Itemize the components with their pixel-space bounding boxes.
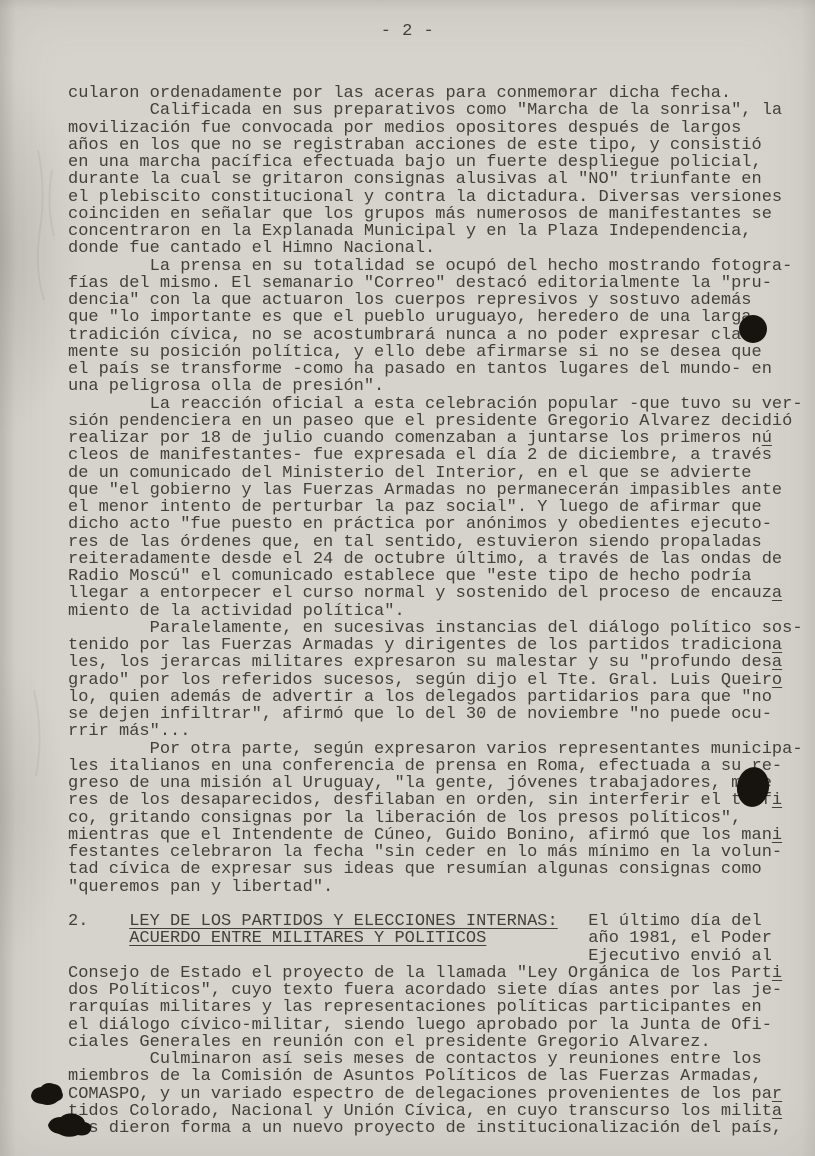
- text-line: sión pendenciera en un paseo que el pres…: [68, 413, 803, 430]
- text-line: movilización fue convocada por medios op…: [68, 120, 803, 137]
- text-line: mientras que el Intendente de Cúneo, Gui…: [68, 827, 803, 844]
- text-line: La prensa en su totalidad se ocupó del h…: [68, 258, 803, 275]
- text-line: 2. LEY DE LOS PARTIDOS Y ELECCIONES INTE…: [68, 913, 803, 930]
- text-line: co, gritando consignas por la liberación…: [68, 810, 803, 827]
- text-line: reiteradamente desde el 24 de octubre úl…: [68, 551, 803, 568]
- text-line: COMASPO, y un variado espectro de delega…: [68, 1086, 803, 1103]
- ink-blot-bottom-left-1: [31, 1083, 63, 1105]
- text-line: dos Políticos", cuyo texto fuera acordad…: [68, 982, 803, 999]
- text-line: Calificada en sus preparativos como "Mar…: [68, 102, 803, 119]
- text-line: Ejecutivo envió al: [68, 948, 803, 965]
- document-lines: cularon ordenadamente por las aceras par…: [68, 85, 803, 1137]
- text-line: grado" por los referidos sucesos, según …: [68, 672, 803, 689]
- text-line: cularon ordenadamente por las aceras par…: [68, 85, 803, 102]
- text-line: de un comunicado del Ministerio del Inte…: [68, 465, 803, 482]
- text-line: Paralelamente, en sucesivas instancias d…: [68, 620, 803, 637]
- text-line: lo, quien además de advertir a los deleg…: [68, 689, 803, 706]
- text-line: fías del mismo. El semanario "Correo" de…: [68, 275, 803, 292]
- text-line: greso de una misión al Uruguay, "la gent…: [68, 775, 803, 792]
- text-line: les, los jerarcas militares expresaron s…: [68, 654, 803, 671]
- text-line: rrir más"...: [68, 723, 803, 740]
- text-line: tidos Colorado, Nacional y Unión Cívica,…: [68, 1103, 803, 1120]
- text-line: dencia" con la que actuaron los cuerpos …: [68, 292, 803, 309]
- text-line: realizar por 18 de julio cuando comenzab…: [68, 430, 803, 447]
- text-line: res de los desaparecidos, desfilaban en …: [68, 792, 803, 809]
- text-line: concentraron en la Explanada Municipal y…: [68, 223, 803, 240]
- text-line: tradición cívica, no se acostumbrará nun…: [68, 327, 803, 344]
- text-line: [68, 896, 803, 913]
- text-line: dicho acto "fue puesto en práctica por a…: [68, 516, 803, 533]
- text-line: ACUERDO ENTRE MILITARES Y POLITICOS año …: [68, 930, 803, 947]
- text-line: festantes celebraron la fecha "sin ceder…: [68, 844, 803, 861]
- text-line: ciales Generales en reunión con el presi…: [68, 1034, 803, 1051]
- text-line: años en los que no se registraban accion…: [68, 137, 803, 154]
- text-line: mente su posición política, y ello debe …: [68, 344, 803, 361]
- text-line: La reacción oficial a esta celebración p…: [68, 396, 803, 413]
- paper-crease-marks: [34, 150, 54, 776]
- text-line: el diálogo cívico-militar, siendo luego …: [68, 1017, 803, 1034]
- text-line: que "el gobierno y las Fuerzas Armadas n…: [68, 482, 803, 499]
- text-line: miento de la actividad política".: [68, 603, 803, 620]
- text-line: el plebiscito constitucional y contra la…: [68, 189, 803, 206]
- text-line: "queremos pan y libertad".: [68, 879, 803, 896]
- text-line: Consejo de Estado el proyecto de la llam…: [68, 965, 803, 982]
- text-line: res de las órdenes que, en tal sentido, …: [68, 534, 803, 551]
- text-line: el país se transforme -como ha pasado en…: [68, 361, 803, 378]
- text-line: coinciden en señalar que los grupos más …: [68, 206, 803, 223]
- text-line: durante la cual se gritaron consignas al…: [68, 171, 803, 188]
- text-line: se dejen infiltrar", afirmó que lo del 3…: [68, 706, 803, 723]
- text-line: rarquías militares y las representacione…: [68, 999, 803, 1016]
- text-line: les italianos en una conferencia de pren…: [68, 758, 803, 775]
- text-line: Por otra parte, según expresaron varios …: [68, 741, 803, 758]
- text-line: tenido por las Fuerzas Armadas y dirigen…: [68, 637, 803, 654]
- text-line: Radio Moscú" el comunicado establece que…: [68, 568, 803, 585]
- text-line: tad cívica de expresar sus ideas que res…: [68, 861, 803, 878]
- document-page: - 2 - cularon ordenadamente por las acer…: [0, 0, 815, 1156]
- text-line: el menor intento de perturbar la paz soc…: [68, 499, 803, 516]
- text-line: que "lo importante es que el pueblo urug…: [68, 309, 803, 326]
- text-line: donde fue cantado el Himno Nacional.: [68, 240, 803, 257]
- text-line: res dieron forma a un nuevo proyecto de …: [68, 1120, 803, 1137]
- text-line: llegar a entorpecer el curso normal y so…: [68, 585, 803, 602]
- text-line: Culminaron así seis meses de contactos y…: [68, 1051, 803, 1068]
- text-line: miembros de la Comisión de Asuntos Polít…: [68, 1068, 803, 1085]
- text-line: una peligrosa olla de presión".: [68, 378, 803, 395]
- text-line: en una marcha pacífica efectuada bajo un…: [68, 154, 803, 171]
- text-line: cleos de manifestantes- fue expresada el…: [68, 447, 803, 464]
- page-number: - 2 -: [0, 22, 815, 41]
